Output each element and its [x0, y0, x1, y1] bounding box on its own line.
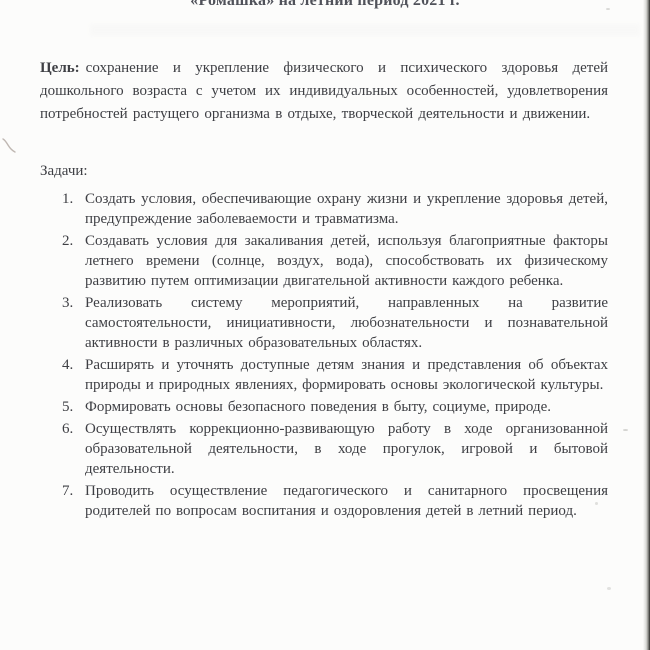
task-item: 6. Осуществлять коррекционно-развивающую… [62, 419, 608, 479]
task-item: 1. Создать условия, обеспечивающие охран… [62, 189, 608, 229]
task-item: 7. Проводить осуществление педагогическо… [62, 481, 608, 521]
goal-label: Цель: [40, 60, 80, 76]
document-title-text: «Ромашка» на летний период 2021 г. [0, 0, 650, 12]
document-title-clipped: «Ромашка» на летний период 2021 г. [0, 0, 650, 13]
task-number: 2. [62, 231, 85, 291]
document-body: Цель:сохранение и укрепление физического… [0, 57, 650, 521]
task-number: 3. [62, 293, 85, 353]
goal-paragraph: Цель:сохранение и укрепление физического… [40, 57, 608, 126]
task-number: 1. [62, 189, 85, 229]
task-item: 2. Создавать условия для закаливания дет… [62, 231, 608, 291]
task-number: 6. [62, 419, 85, 479]
task-number: 7. [62, 481, 85, 521]
task-text: Расширять и уточнять доступные детям зна… [85, 355, 608, 395]
scan-noise-band [90, 24, 640, 36]
task-text: Осуществлять коррекционно-развивающую ра… [85, 419, 608, 479]
task-item: 5. Формировать основы безопасного поведе… [62, 397, 608, 417]
scanned-document-page: «Ромашка» на летний период 2021 г. Цель:… [0, 0, 650, 650]
task-text: Формировать основы безопасного поведения… [85, 397, 608, 417]
task-number: 4. [62, 355, 85, 395]
goal-text: сохранение и укрепление физического и пс… [40, 60, 608, 122]
tasks-heading: Задачи: [40, 160, 608, 183]
task-text: Создать условия, обеспечивающие охрану ж… [85, 189, 608, 229]
task-number: 5. [62, 397, 85, 417]
task-text: Проводить осуществление педагогического … [85, 481, 608, 521]
task-text: Создавать условия для закаливания детей,… [85, 231, 608, 291]
scan-speck [607, 587, 611, 590]
task-text: Реализовать систему мероприятий, направл… [85, 293, 608, 353]
task-item: 3. Реализовать систему мероприятий, напр… [62, 293, 608, 353]
tasks-list: 1. Создать условия, обеспечивающие охран… [40, 189, 608, 521]
task-item: 4. Расширять и уточнять доступные детям … [62, 355, 608, 395]
